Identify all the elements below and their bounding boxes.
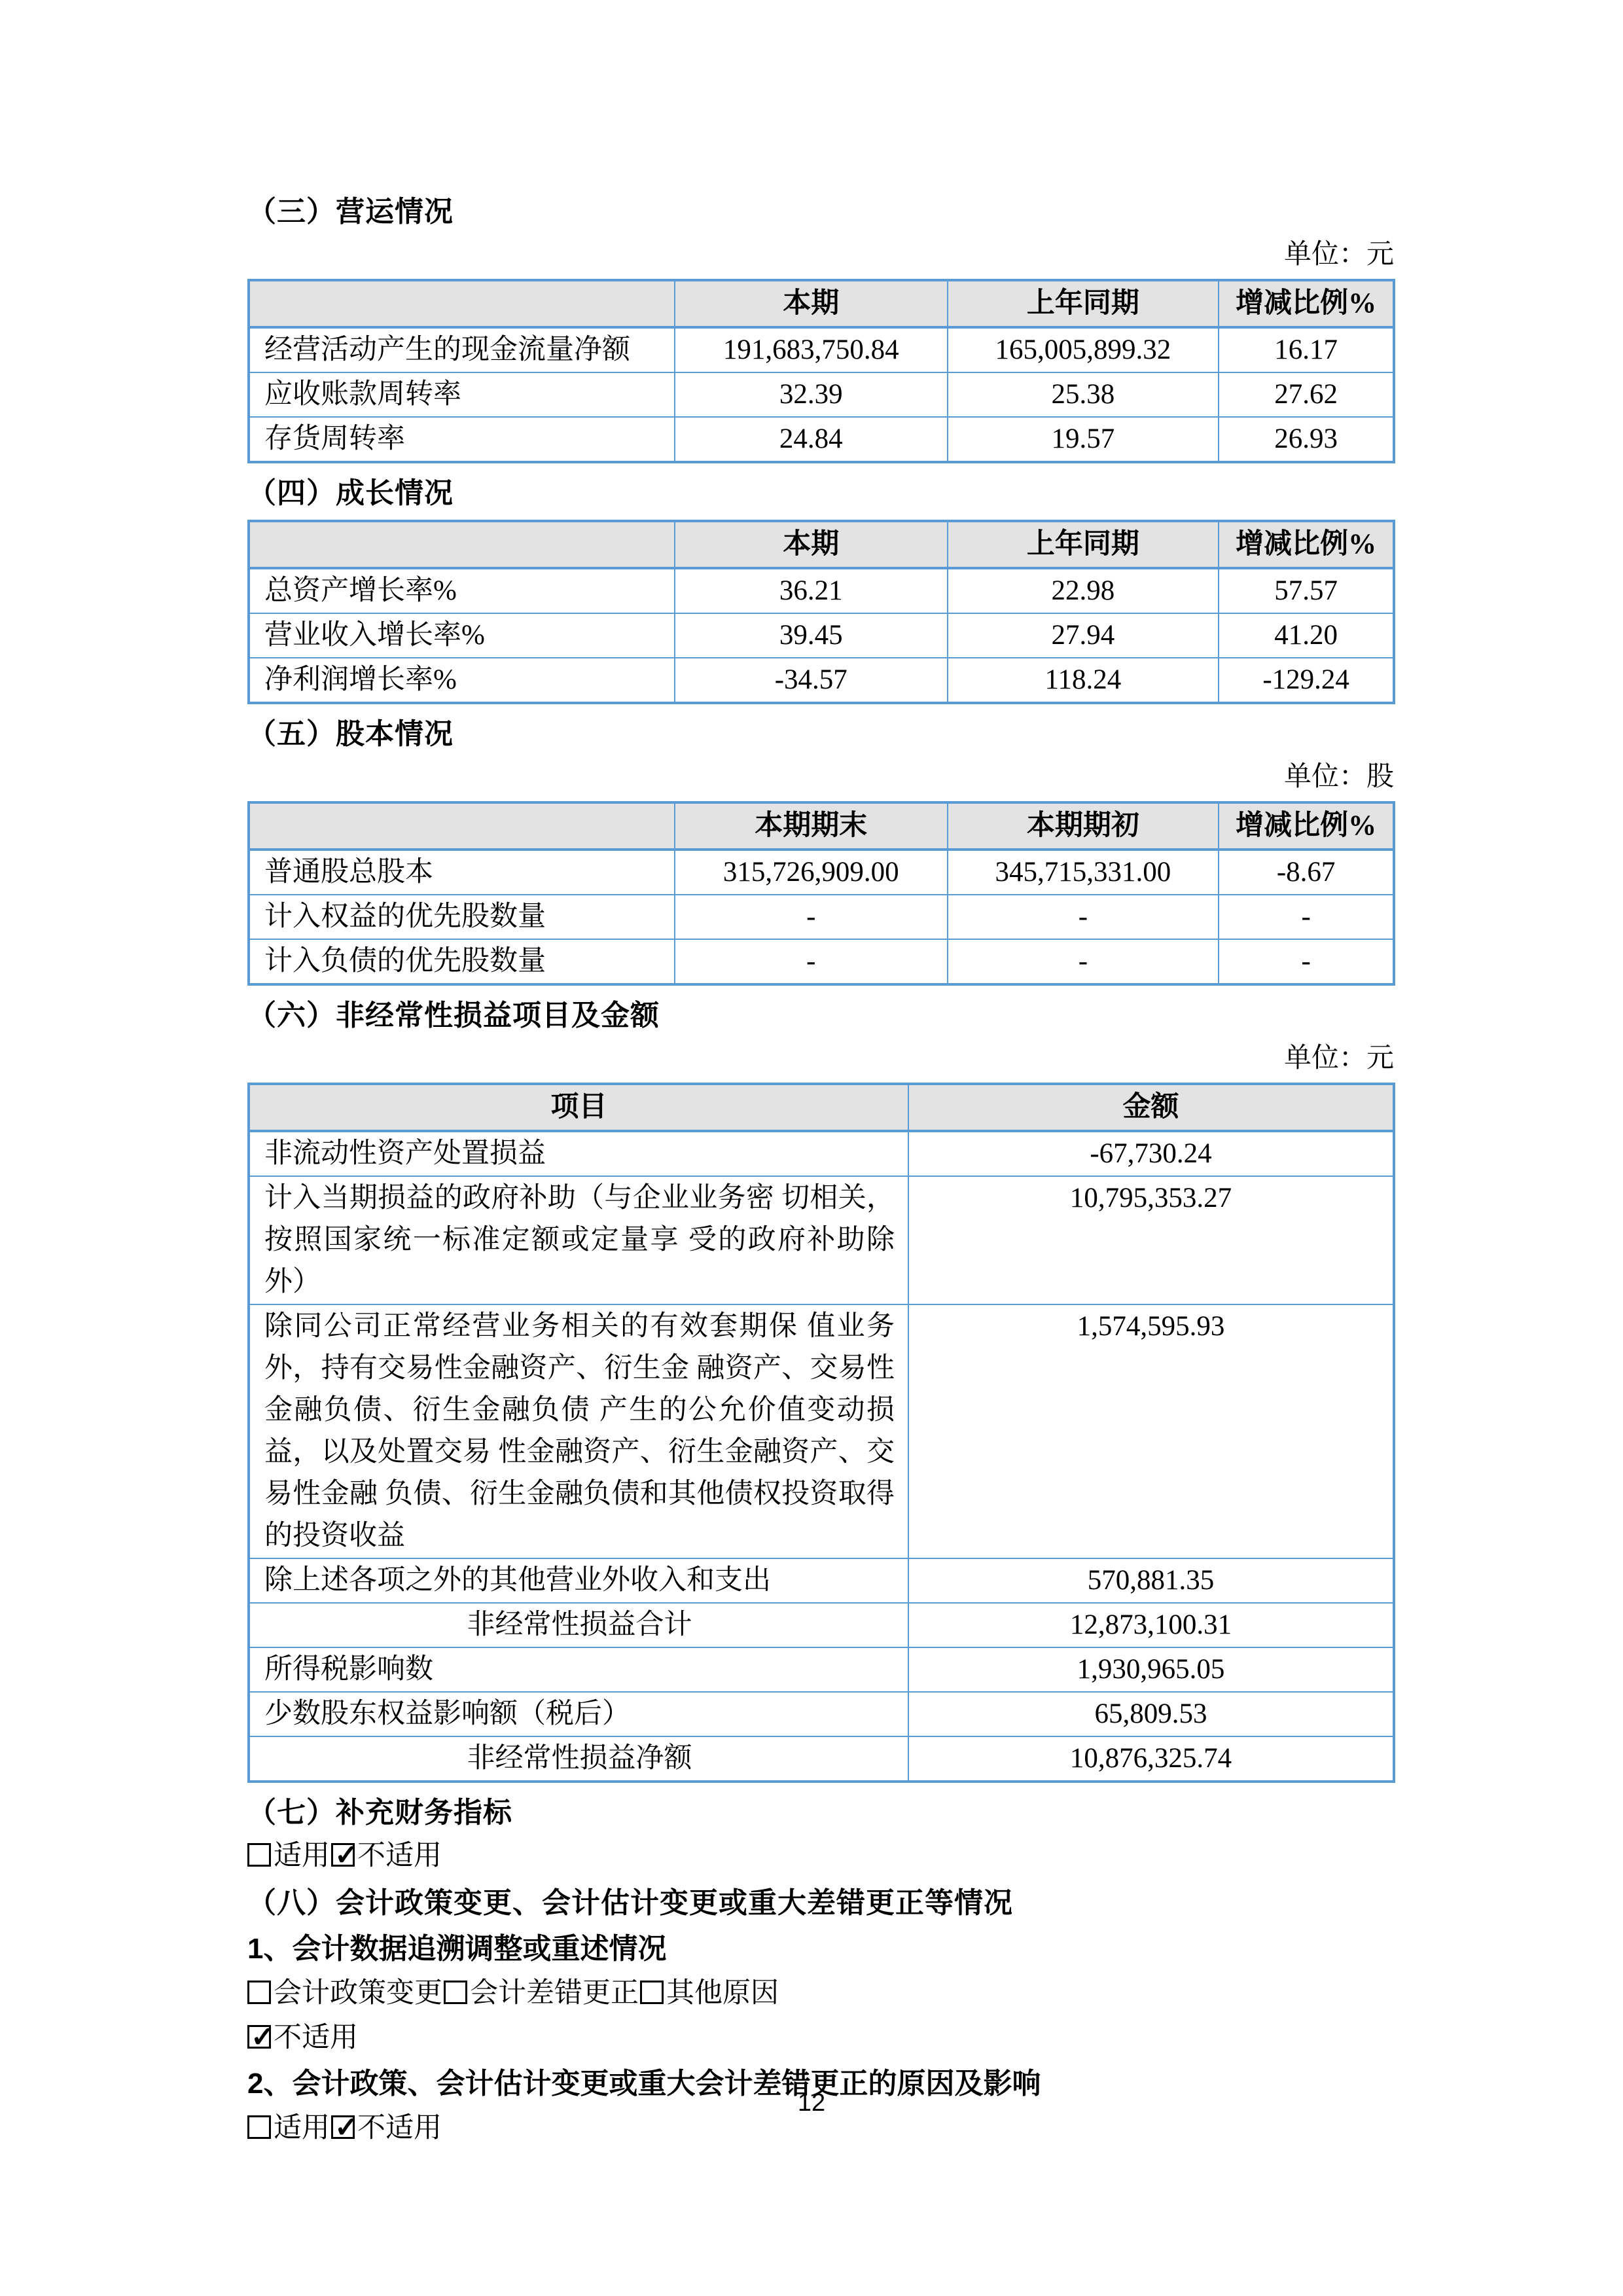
s8-sub1-result-line: 不适用 xyxy=(247,2021,1395,2055)
page-content: （三）营运情况 单位：元 本期 上年同期 增减比例% 经营活动产生的现金流量净额… xyxy=(247,195,1395,2156)
table-row: 净利润增长率% -34.57 118.24 -129.24 xyxy=(249,658,1394,703)
table-row: 营业收入增长率% 39.45 27.94 41.20 xyxy=(249,613,1394,658)
cell-value: 27.94 xyxy=(948,613,1219,658)
checkbox-checked-icon xyxy=(331,1843,355,1867)
checkbox-unchecked-icon xyxy=(640,1981,664,2004)
cell-value: 26.93 xyxy=(1219,417,1394,462)
cell-value: 1,930,965.05 xyxy=(908,1647,1394,1692)
cell-label: 计入当期损益的政府补助（与企业业务密 切相关，按照国家统一标准定额或定量享 受的… xyxy=(249,1176,908,1304)
table-header-row: 本期 上年同期 增减比例% xyxy=(249,280,1394,327)
checkbox-unchecked-icon xyxy=(247,1843,271,1867)
cell-label: 总资产增长率% xyxy=(249,568,675,613)
document-page: （三）营运情况 单位：元 本期 上年同期 增减比例% 经营活动产生的现金流量净额… xyxy=(0,0,1623,2296)
header-change-ratio: 增减比例% xyxy=(1219,521,1394,568)
cell-value: - xyxy=(1219,895,1394,939)
checkbox-label: 适用 xyxy=(274,2113,330,2144)
table-row-subtotal: 非经常性损益合计 12,873,100.31 xyxy=(249,1603,1394,1647)
subsection-1-title: 1、会计数据追溯调整或重述情况 xyxy=(247,1932,1395,1966)
table-row: 除上述各项之外的其他营业外收入和支出 570,881.35 xyxy=(249,1558,1394,1603)
checkbox-label: 会计政策变更 xyxy=(274,1978,442,2009)
header-period-begin: 本期期初 xyxy=(948,802,1219,850)
s7-applicability-line: 适用不适用 xyxy=(247,1839,1395,1873)
section-title-operations: （三）营运情况 xyxy=(247,195,1395,229)
cell-value: 16.17 xyxy=(1219,327,1394,372)
cell-label: 普通股总股本 xyxy=(249,850,675,895)
table-row: 普通股总股本 315,726,909.00 345,715,331.00 -8.… xyxy=(249,850,1394,895)
cell-value: 27.62 xyxy=(1219,372,1394,417)
table-row: 存货周转率 24.84 19.57 26.93 xyxy=(249,417,1394,462)
cell-label: 净利润增长率% xyxy=(249,658,675,703)
cell-value: 1,574,595.93 xyxy=(908,1304,1394,1558)
checkbox-checked-icon xyxy=(331,2115,355,2139)
header-current-period: 本期 xyxy=(675,521,948,568)
table-row: 应收账款周转率 32.39 25.38 27.62 xyxy=(249,372,1394,417)
checkbox-label: 不适用 xyxy=(274,2022,358,2053)
cell-label: 所得税影响数 xyxy=(249,1647,908,1692)
unit-label-yuan-1: 单位：元 xyxy=(247,238,1394,271)
page-number: 12 xyxy=(0,2089,1623,2117)
table-row: 计入权益的优先股数量 - - - xyxy=(249,895,1394,939)
cell-value: 39.45 xyxy=(675,613,948,658)
cell-value: 22.98 xyxy=(948,568,1219,613)
cell-value: 32.39 xyxy=(675,372,948,417)
s8-sub1-options-line: 会计政策变更会计差错更正其他原因 xyxy=(247,1977,1395,2011)
header-item: 项目 xyxy=(249,1084,908,1131)
cell-value: 10,795,353.27 xyxy=(908,1176,1394,1304)
checkbox-unchecked-icon xyxy=(444,1981,467,2004)
cell-value: -129.24 xyxy=(1219,658,1394,703)
cell-value: 165,005,899.32 xyxy=(948,327,1219,372)
section-title-supplementary: （七）补充财务指标 xyxy=(247,1796,1395,1830)
table-row: 除同公司正常经营业务相关的有效套期保 值业务外，持有交易性金融资产、衍生金 融资… xyxy=(249,1304,1394,1558)
header-blank xyxy=(249,280,675,327)
nonrecurring-items-table: 项目 金额 非流动性资产处置损益 -67,730.24 计入当期损益的政府补助（… xyxy=(247,1083,1395,1783)
section-title-nonrecurring: （六）非经常性损益项目及金额 xyxy=(247,999,1395,1033)
cell-value: 12,873,100.31 xyxy=(908,1603,1394,1647)
cell-value: 36.21 xyxy=(675,568,948,613)
cell-label: 除同公司正常经营业务相关的有效套期保 值业务外，持有交易性金融资产、衍生金 融资… xyxy=(249,1304,908,1558)
header-blank xyxy=(249,802,675,850)
cell-value: - xyxy=(675,939,948,984)
section-title-share-capital: （五）股本情况 xyxy=(247,717,1395,751)
checkbox-label: 会计差错更正 xyxy=(470,1978,639,2009)
cell-value: - xyxy=(675,895,948,939)
header-prior-period: 上年同期 xyxy=(948,521,1219,568)
checkbox-label: 其他原因 xyxy=(666,1978,779,2009)
table-header-row: 项目 金额 xyxy=(249,1084,1394,1131)
cell-label: 经营活动产生的现金流量净额 xyxy=(249,327,675,372)
table-header-row: 本期期末 本期期初 增减比例% xyxy=(249,802,1394,850)
section-title-accounting-changes: （八）会计政策变更、会计估计变更或重大差错更正等情况 xyxy=(247,1886,1395,1920)
header-change-ratio: 增减比例% xyxy=(1219,280,1394,327)
table-row: 少数股东权益影响额（税后） 65,809.53 xyxy=(249,1692,1394,1736)
cell-value: -67,730.24 xyxy=(908,1131,1394,1176)
operations-table: 本期 上年同期 增减比例% 经营活动产生的现金流量净额 191,683,750.… xyxy=(247,279,1395,463)
header-current-period: 本期 xyxy=(675,280,948,327)
table-row-total: 非经常性损益净额 10,876,325.74 xyxy=(249,1736,1394,1782)
checkbox-label: 适用 xyxy=(274,1840,330,1871)
unit-label-shares: 单位：股 xyxy=(247,761,1394,793)
table-header-row: 本期 上年同期 增减比例% xyxy=(249,521,1394,568)
cell-value: 570,881.35 xyxy=(908,1558,1394,1603)
cell-label: 非流动性资产处置损益 xyxy=(249,1131,908,1176)
cell-label: 应收账款周转率 xyxy=(249,372,675,417)
header-amount: 金额 xyxy=(908,1084,1394,1131)
cell-value: 24.84 xyxy=(675,417,948,462)
cell-value: 315,726,909.00 xyxy=(675,850,948,895)
share-capital-table: 本期期末 本期期初 增减比例% 普通股总股本 315,726,909.00 34… xyxy=(247,801,1395,986)
cell-label: 营业收入增长率% xyxy=(249,613,675,658)
cell-label: 除上述各项之外的其他营业外收入和支出 xyxy=(249,1558,908,1603)
cell-value: - xyxy=(948,895,1219,939)
checkbox-label: 不适用 xyxy=(357,1840,442,1871)
cell-label: 计入负债的优先股数量 xyxy=(249,939,675,984)
table-row: 计入当期损益的政府补助（与企业业务密 切相关，按照国家统一标准定额或定量享 受的… xyxy=(249,1176,1394,1304)
cell-value: - xyxy=(948,939,1219,984)
header-prior-period: 上年同期 xyxy=(948,280,1219,327)
cell-value: 19.57 xyxy=(948,417,1219,462)
table-row: 经营活动产生的现金流量净额 191,683,750.84 165,005,899… xyxy=(249,327,1394,372)
cell-value: -8.67 xyxy=(1219,850,1394,895)
checkbox-unchecked-icon xyxy=(247,2115,271,2139)
cell-value: 118.24 xyxy=(948,658,1219,703)
table-row: 计入负债的优先股数量 - - - xyxy=(249,939,1394,984)
cell-value: 57.57 xyxy=(1219,568,1394,613)
section-title-growth: （四）成长情况 xyxy=(247,476,1395,511)
header-change-ratio: 增减比例% xyxy=(1219,802,1394,850)
checkbox-checked-icon xyxy=(247,2025,271,2049)
table-row: 非流动性资产处置损益 -67,730.24 xyxy=(249,1131,1394,1176)
cell-value: 191,683,750.84 xyxy=(675,327,948,372)
cell-value: -34.57 xyxy=(675,658,948,703)
header-blank xyxy=(249,521,675,568)
cell-value: - xyxy=(1219,939,1394,984)
header-period-end: 本期期末 xyxy=(675,802,948,850)
cell-label-total: 非经常性损益净额 xyxy=(249,1736,908,1782)
checkbox-unchecked-icon xyxy=(247,1981,271,2004)
cell-value: 65,809.53 xyxy=(908,1692,1394,1736)
cell-value: 41.20 xyxy=(1219,613,1394,658)
cell-label: 存货周转率 xyxy=(249,417,675,462)
cell-value: 10,876,325.74 xyxy=(908,1736,1394,1782)
cell-label-subtotal: 非经常性损益合计 xyxy=(249,1603,908,1647)
cell-value: 345,715,331.00 xyxy=(948,850,1219,895)
growth-table: 本期 上年同期 增减比例% 总资产增长率% 36.21 22.98 57.57 … xyxy=(247,520,1395,704)
cell-label: 少数股东权益影响额（税后） xyxy=(249,1692,908,1736)
table-row: 所得税影响数 1,930,965.05 xyxy=(249,1647,1394,1692)
unit-label-yuan-2: 单位：元 xyxy=(247,1042,1394,1075)
cell-value: 25.38 xyxy=(948,372,1219,417)
cell-label: 计入权益的优先股数量 xyxy=(249,895,675,939)
checkbox-label: 不适用 xyxy=(357,2113,442,2144)
table-row: 总资产增长率% 36.21 22.98 57.57 xyxy=(249,568,1394,613)
